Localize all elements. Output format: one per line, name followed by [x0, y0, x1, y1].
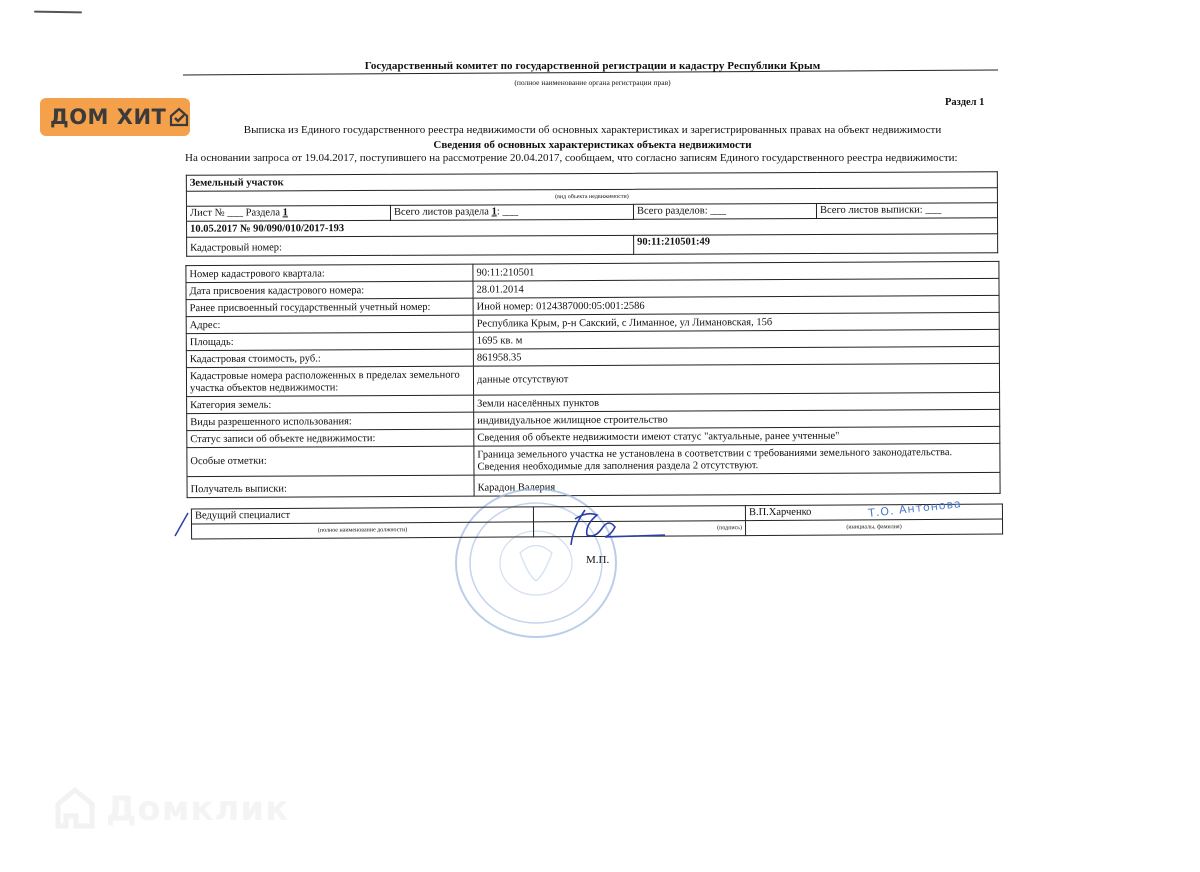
total-section-sheets-label: Всего листов раздела — [394, 206, 489, 217]
domclick-watermark: Домклик — [52, 786, 289, 832]
pen-mark-icon — [172, 512, 192, 538]
position-caption: (полное наименование должности) — [192, 522, 534, 539]
row-label: Кадастровая стоимость, руб.: — [186, 349, 473, 368]
characteristics-table: Номер кадастрового квартала:90:11:210501… — [185, 261, 1000, 498]
cadastral-value: 90:11:210501:49 — [634, 234, 998, 255]
logo-text: ДОМ ХИТ — [50, 105, 166, 129]
row-label: Категория земель: — [187, 395, 474, 414]
row-label: Адрес: — [186, 315, 473, 334]
total-sheets: Всего листов выписки: ___ — [816, 203, 997, 219]
table-row: Кадастровые номера расположенных в преде… — [186, 363, 999, 396]
watermark-text: Домклик — [106, 789, 289, 829]
scan-mark — [34, 11, 82, 14]
row-value: Граница земельного участка не установлен… — [474, 443, 1000, 475]
row-label: Ранее присвоенный государственный учетны… — [186, 298, 473, 317]
organization-caption: (полное наименование органа регистрации … — [185, 78, 1000, 87]
row-label: Дата присвоения кадастрового номера: — [186, 281, 473, 300]
seal-label: М.П. — [586, 554, 609, 566]
table-row: Особые отметки:Граница земельного участк… — [187, 443, 1000, 476]
row-value: данные отсутствуют — [473, 363, 999, 395]
domhit-logo: ДОМ ХИТ — [40, 98, 190, 136]
name-caption: (инициалы, фамилия) — [745, 519, 1002, 536]
request-text: На основании запроса от 19.04.2017, пост… — [185, 152, 1000, 164]
total-sections: Всего разделов: ___ — [633, 204, 816, 220]
document-subtitle: Сведения об основных характеристиках объ… — [185, 139, 1000, 151]
handwritten-signature-icon — [565, 505, 675, 550]
row-label: Особые отметки: — [187, 446, 474, 477]
total-section-sheets-suffix: : ___ — [497, 206, 518, 217]
row-label: Номер кадастрового квартала: — [186, 264, 473, 283]
cadastral-label: Кадастровый номер: — [187, 235, 634, 256]
row-label: Статус записи об объекте недвижимости: — [187, 429, 474, 448]
sheet-label: Лист № ___ Раздела — [190, 207, 280, 218]
row-label: Кадастровые номера расположенных в преде… — [186, 366, 473, 397]
sheet-section: 1 — [283, 207, 288, 218]
sheet-number: Лист № ___ Раздела 1 — [186, 205, 390, 221]
domclick-house-icon — [52, 786, 98, 832]
total-section-sheets: Всего листов раздела 1: ___ — [390, 204, 633, 220]
document-title: Выписка из Единого государственного реес… — [185, 124, 1000, 136]
header-table: Земельный участок (вид объекта недвижимо… — [186, 171, 998, 257]
row-label: Получатель выписки: — [187, 475, 474, 498]
row-label: Площадь: — [186, 332, 473, 351]
section-label: Раздел 1 — [945, 97, 984, 108]
row-label: Виды разрешенного использования: — [187, 412, 474, 431]
